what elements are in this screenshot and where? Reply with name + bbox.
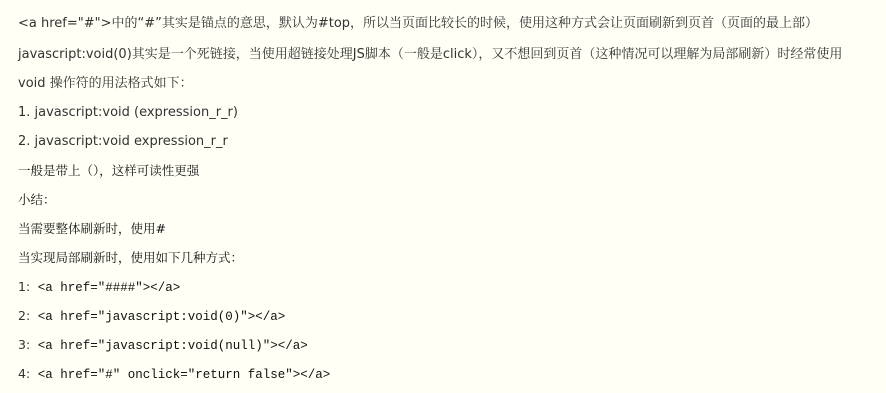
method-number: 3: <box>18 337 30 352</box>
paragraph-readability-note: 一般是带上（），这样可读性更强 <box>18 161 199 181</box>
method-code: <a href="javascript:void(null)"></a> <box>38 339 308 353</box>
method-number: 1: <box>18 279 30 294</box>
method-item-3: 3: <a href="javascript:void(null)"></a> <box>18 335 308 355</box>
method-code: <a href="#" onclick="return false"></a> <box>38 368 331 382</box>
syntax-item-2: 2. javascript:void expression_r_r <box>18 132 228 152</box>
paragraph-void-syntax-intro: void 操作符的用法格式如下： <box>18 74 193 94</box>
method-number: 4: <box>18 366 30 381</box>
paragraph-partial-refresh: 当实现局部刷新时，使用如下几种方式： <box>18 248 243 268</box>
paragraph-full-refresh: 当需要整体刷新时，使用# <box>18 219 166 239</box>
method-code: <a href="javascript:void(0)"></a> <box>38 310 286 324</box>
summary-heading: 小结： <box>18 190 56 210</box>
method-item-1: 1: <a href="####"></a> <box>18 277 180 297</box>
method-item-2: 2: <a href="javascript:void(0)"></a> <box>18 306 285 326</box>
method-number: 2: <box>18 308 30 323</box>
paragraph-void-explanation: javascript:void(0)其实是一个死链接，当使用超链接处理JS脚本（… <box>18 45 842 65</box>
method-item-4: 4: <a href="#" onclick="return false"></… <box>18 364 330 384</box>
method-code: <a href="####"></a> <box>38 281 181 295</box>
syntax-item-1: 1. javascript:void (expression_r_r) <box>18 103 238 123</box>
article-body: <a href="#">中的“#”其实是锚点的意思，默认为#top，所以当页面比… <box>0 0 886 393</box>
paragraph-anchor-explanation: <a href="#">中的“#”其实是锚点的意思，默认为#top，所以当页面比… <box>18 14 818 34</box>
